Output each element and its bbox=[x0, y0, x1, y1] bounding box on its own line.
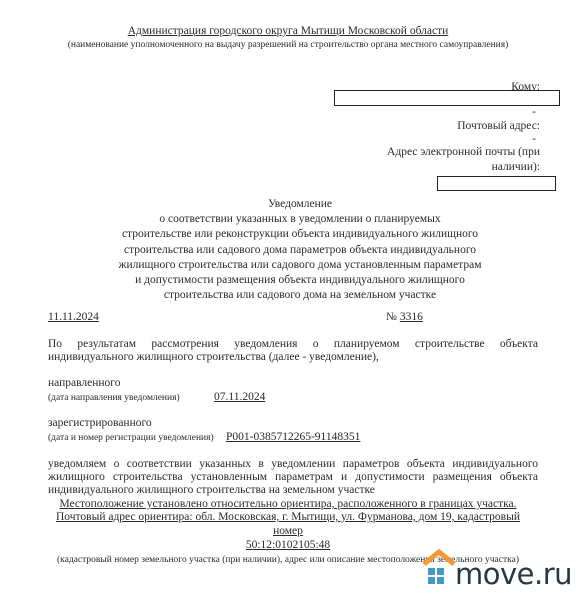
number-value: 3316 bbox=[400, 311, 423, 323]
recipient-dash: - bbox=[300, 107, 536, 117]
document-title: Уведомление о соответствии указанных в у… bbox=[100, 197, 500, 303]
postal-address-dash: - bbox=[300, 134, 536, 144]
notify-line-3: индивидуального жилищного строительства … bbox=[48, 484, 375, 496]
location-line-2: Почтовый адрес ориентира: обл. Московска… bbox=[30, 511, 546, 523]
title-line: строительстве или реконструкции объекта … bbox=[100, 227, 500, 242]
registered-caption: (дата и номер регистрации уведомления) bbox=[48, 433, 214, 443]
recipient-name-redacted bbox=[334, 90, 560, 106]
registered-label: зарегистрированного bbox=[48, 417, 152, 429]
email-label: Адрес электронной почты (при bbox=[300, 146, 540, 158]
cadastral-number: 50:12:0102105:48 bbox=[30, 539, 546, 551]
title-line: жилищного строительства или садового дом… bbox=[100, 258, 500, 273]
notify-line-2: жилищного строительства установленным па… bbox=[48, 471, 538, 483]
number-label: № bbox=[386, 311, 397, 323]
postal-address-label: Почтовый адрес: bbox=[300, 120, 540, 132]
authority-caption: (наименование уполномоченного на выдачу … bbox=[0, 40, 576, 50]
document-number: № 3316 bbox=[386, 311, 423, 323]
sent-label: направленного bbox=[48, 377, 120, 389]
intro-line-1: По результатам рассмотрения уведомления … bbox=[48, 338, 538, 350]
title-line: Уведомление bbox=[100, 197, 500, 212]
location-line-1: Местоположение установлено относительно … bbox=[30, 498, 546, 510]
sent-caption: (дата направления уведомления) bbox=[48, 393, 180, 403]
sent-date: 07.11.2024 bbox=[214, 391, 265, 403]
email-label-cont: наличии): bbox=[300, 161, 540, 173]
document-date: 11.11.2024 bbox=[48, 311, 99, 323]
location-line-3: номер bbox=[30, 525, 546, 537]
title-line: строительства или садового дома на земел… bbox=[100, 288, 500, 303]
title-line: о соответствии указанных в уведомлении о… bbox=[100, 212, 500, 227]
title-line: и допустимости размещения объекта индиви… bbox=[100, 273, 500, 288]
email-redacted bbox=[437, 176, 556, 191]
watermark-text: move.ru bbox=[455, 558, 572, 590]
notify-line-1: уведомляем о соответствии указанных в ув… bbox=[48, 458, 538, 470]
intro-line-2: индивидуального жилищного строительства … bbox=[48, 351, 379, 363]
roof-icon bbox=[421, 548, 457, 568]
title-line: строительства или садового дома параметр… bbox=[100, 243, 500, 258]
authority-name: Администрация городского округа Мытищи М… bbox=[0, 25, 576, 37]
move-ru-watermark: move.ru bbox=[425, 556, 575, 596]
registration-number: P001-0385712265-91148351 bbox=[226, 431, 360, 443]
